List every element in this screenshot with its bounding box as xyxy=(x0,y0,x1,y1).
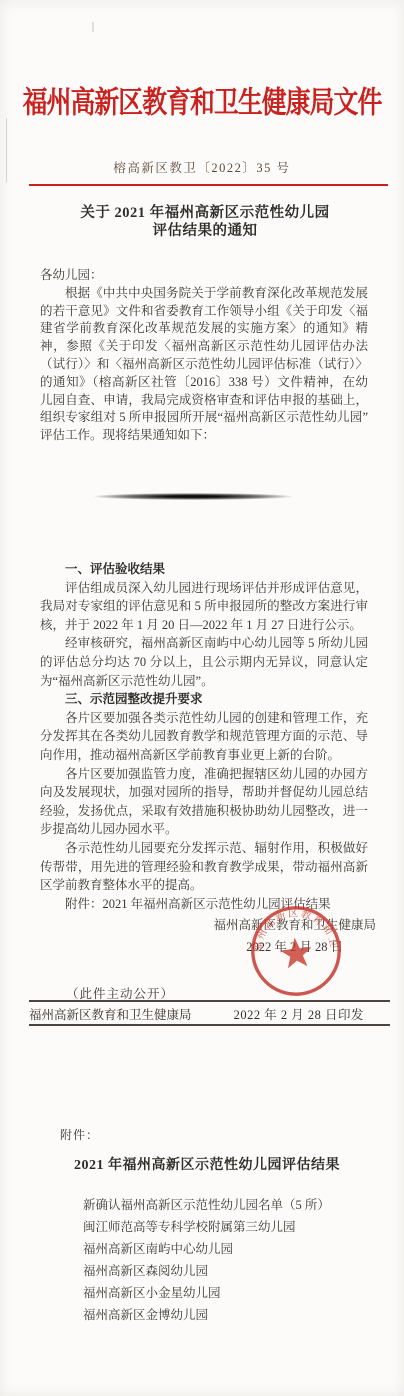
red-header-rule xyxy=(29,184,388,186)
colophon-print-date: 2022 年 2 月 28 日印发 xyxy=(234,1005,390,1023)
attachment-title: 2021 年福州高新区示范性幼儿园评估结果 xyxy=(40,1154,374,1174)
section-1-paragraph-1: 评估组成员深入幼儿园进行现场评估并形成评估意见，我局对专家组的评估意见和 5 所… xyxy=(40,579,368,635)
section-1-paragraph-2: 经审核研究，福州高新区南屿中心幼儿园等 5 所幼儿园的评估总分均达 70 分以上… xyxy=(40,634,368,690)
colophon-rule-bottom xyxy=(29,1024,390,1026)
seal-star-icon xyxy=(279,936,313,969)
red-letterhead-title: 福州高新区教育和卫生健康局文件 xyxy=(16,78,388,122)
attachment-section: 附件： 2021 年福州高新区示范性幼儿园评估结果 新确认福州高新区示范性幼儿园… xyxy=(40,1126,374,1326)
attachment-list-item: 福州高新区南屿中心幼儿园 xyxy=(83,1238,374,1260)
document-number: 榕高新区教卫〔2022〕35 号 xyxy=(0,158,404,176)
section-2-paragraph-2: 各片区要加强监管力度，准确把握辖区幼儿园的办园方向及发展现状，加强对园所的指导，… xyxy=(40,765,368,839)
notice-title-line2: 评估结果的通知 xyxy=(30,223,380,241)
section-2-paragraph-1: 各片区要加强各类示范性幼儿园的创建和管理工作，充分发挥其在各类幼儿园教育教学和规… xyxy=(40,709,368,765)
notice-body: 各幼儿园： 根据《中共中央国务院关于学前教育深化改革规范发展的若干意见》文件和省… xyxy=(40,267,368,445)
attachment-list-item: 福州高新区森阅幼儿园 xyxy=(83,1260,374,1282)
colophon-rule-top xyxy=(29,1000,390,1002)
attachment-list-heading: 新确认福州高新区示范性幼儿园名单（5 所） xyxy=(83,1194,374,1216)
colophon-row: 福州高新区教育和卫生健康局 2022 年 2 月 28 日印发 xyxy=(29,1005,390,1023)
attachment-list-item: 闽江师范高等专科学校附属第三幼儿园 xyxy=(83,1216,374,1238)
section-2-paragraph-3: 各示范性幼儿园要充分发挥示范、辐射作用，积极做好传帮带，用先进的管理经验和教育教… xyxy=(40,839,368,895)
section-1-heading: 一、评估验收结果 xyxy=(40,560,368,579)
salutation: 各幼儿园： xyxy=(40,267,368,285)
scan-fold-shadow-artifact xyxy=(94,493,292,500)
scan-speck-artifact xyxy=(92,22,94,32)
notice-sections: 一、评估验收结果 评估组成员深入幼儿园进行现场评估并形成评估意见，我局对专家组的… xyxy=(40,560,368,913)
notice-title: 关于 2021 年福州高新区示范性幼儿园 评估结果的通知 xyxy=(30,205,380,240)
colophon-issuer: 福州高新区教育和卫生健康局 xyxy=(29,1005,192,1023)
attachment-list-item: 福州高新区小金星幼儿园 xyxy=(83,1282,374,1304)
official-red-seal: 福州高新区教育和卫生健康局 xyxy=(243,898,349,1004)
intro-paragraph: 根据《中共中央国务院关于学前教育深化改革规范发展的若干意见》文件和省委教育工作领… xyxy=(40,285,368,445)
attachment-list: 新确认福州高新区示范性幼儿园名单（5 所） 闽江师范高等专科学校附属第三幼儿园 … xyxy=(40,1194,374,1326)
section-2-heading: 三、示范园整改提升要求 xyxy=(40,690,368,709)
attachment-list-item: 福州高新区金博幼儿园 xyxy=(83,1304,374,1326)
scanned-official-document: 福州高新区教育和卫生健康局文件 榕高新区教卫〔2022〕35 号 关于 2021… xyxy=(0,0,404,1396)
notice-title-line1: 关于 2021 年福州高新区示范性幼儿园 xyxy=(30,205,380,223)
attachment-label: 附件： xyxy=(40,1126,374,1143)
